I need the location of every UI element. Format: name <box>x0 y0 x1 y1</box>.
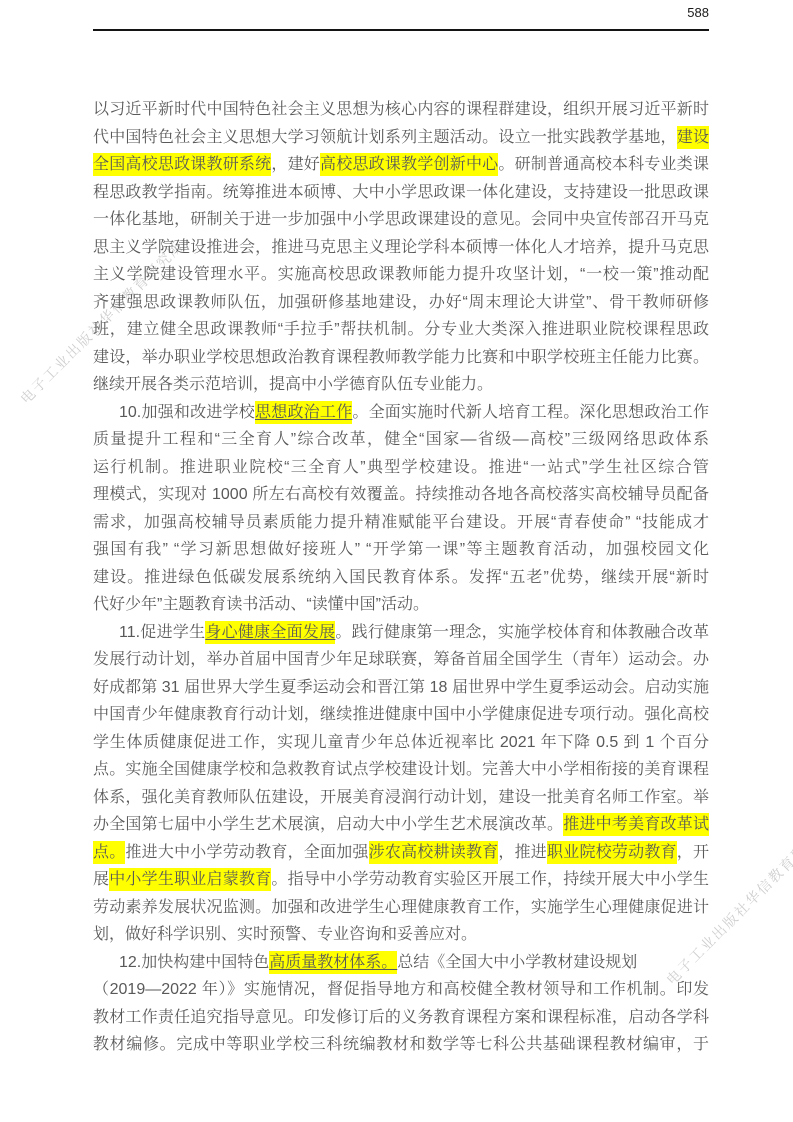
text-segment: 建设。推进绿色低碳发展系统纳入国民教育体系。发挥“五老”优势，继续开展“新时 <box>93 569 709 586</box>
text-line: 10.加强和改进学校思想政治工作。全面实施时代新人培育工程。深化思想政治工作 <box>93 399 709 427</box>
text-segment: 代中国特色社会主义思想大学习领航计划系列主题活动。设立一批实践教学基地， <box>93 129 677 146</box>
highlighted-text: 职业院校劳动教育 <box>547 841 677 864</box>
text-segment: 一体化基地，研制关于进一步加强中小学思政课建设的意见。会同中央宣传部召开马克 <box>93 211 709 228</box>
text-segment: 以习近平新时代中国特色社会主义思想为核心内容的课程群建设，组织开展习近平新时 <box>93 101 709 118</box>
text-segment: 推进大中小学劳动教育，全面加强 <box>125 844 368 861</box>
text-segment: ，开 <box>677 844 709 861</box>
text-line: 建设，举办职业学校思想政治教育课程教师教学能力比赛和中职学校班主任能力比赛。 <box>93 344 709 372</box>
text-segment: ，建好 <box>271 156 320 173</box>
text-line: 划，做好科学识别、实时预警、专业咨询和妥善应对。 <box>93 921 709 949</box>
text-segment: 齐建强思政课教师队伍，加强研修基地建设，办好“周末理论大讲堂”、骨干教师研修 <box>93 294 709 311</box>
text-line: 需求，加强高校辅导员素质能力提升精准赋能平台建设。开展“青春使命” “技能成才 <box>93 509 709 537</box>
text-line: 代好少年”主题教育读书活动、“读懂中国”活动。 <box>93 591 709 619</box>
text-segment: 程思政教学指南。统筹推进本硕博、大中小学思政课一体化建设，支持建设一批思政课 <box>93 184 709 201</box>
text-segment: 点。实施全国健康学校和急救教育试点学校建设计划。完善大中小学相衔接的美育课程 <box>93 761 709 778</box>
highlighted-text: 全国高校思政课教研系统 <box>93 153 271 176</box>
text-segment: 展 <box>93 871 109 888</box>
text-segment: 。践行健康第一理念，实施学校体育和体教融合改革 <box>335 624 709 641</box>
text-line: 展中小学生职业启蒙教育。指导中小学劳动教育实验区开展工作，持续开展大中小学生 <box>93 866 709 894</box>
text-line: 全国高校思政课教研系统，建好高校思政课教学创新中心。研制普通高校本科专业类课 <box>93 151 709 179</box>
text-segment: 办全国第七届中小学生艺术展演，启动大中小学生艺术展演改革。 <box>93 816 563 833</box>
highlighted-text: 身心健康全面发展 <box>205 621 335 644</box>
text-segment: 需求，加强高校辅导员素质能力提升精准赋能平台建设。开展“青春使命” “技能成才 <box>93 514 709 531</box>
text-segment: 继续开展各类示范培训，提高中小学德育队伍专业能力。 <box>93 376 493 393</box>
text-segment: 代好少年”主题教育读书活动、“读懂中国”活动。 <box>93 596 429 613</box>
text-line: 一体化基地，研制关于进一步加强中小学思政课建设的意见。会同中央宣传部召开马克 <box>93 206 709 234</box>
highlighted-text: 点。 <box>93 841 125 864</box>
text-segment: 理模式，实现对 1000 所左右高校有效覆盖。持续推动各地各高校落实高校辅导员配… <box>93 486 709 503</box>
text-line: 运行机制。推进职业院校“三全育人”典型学校建设。推进“一站式”学生社区综合管 <box>93 454 709 482</box>
text-segment: 中国青少年健康教育行动计划，继续推进健康中国中小学健康促进专项行动。强化高校 <box>93 706 709 723</box>
text-segment: 主义学院建设管理水平。实施高校思政课教师能力提升攻坚计划，“一校一策”推动配 <box>93 266 709 283</box>
text-line: 发展行动计划，举办首届中国青少年足球联赛，筹备首届全国学生（青年）运动会。办 <box>93 646 709 674</box>
highlighted-text: 建设 <box>677 126 709 149</box>
text-line: 好成都第 31 届世界大学生夏季运动会和晋江第 18 届世界中学生夏季运动会。启… <box>93 674 709 702</box>
text-segment: 好成都第 31 届世界大学生夏季运动会和晋江第 18 届世界中学生夏季运动会。启… <box>93 679 709 696</box>
page-number: 588 <box>687 5 709 20</box>
highlighted-text: 高质量教材体系。 <box>269 951 397 974</box>
text-line: 中国青少年健康教育行动计划，继续推进健康中国中小学健康促进专项行动。强化高校 <box>93 701 709 729</box>
text-segment: 思主义学院建设推进会，推进马克思主义理论学科本硕博一体化人才培养，提升马克思 <box>93 239 709 256</box>
text-segment: 班，建立健全思政课教师“手拉手”帮扶机制。分专业大类深入推进职业院校课程思政 <box>93 321 709 338</box>
document-page: { "page": { "number": "588" }, "watermar… <box>0 0 793 1122</box>
text-line: 主义学院建设管理水平。实施高校思政课教师能力提升攻坚计划，“一校一策”推动配 <box>93 261 709 289</box>
text-segment: 学生体质健康促进工作，实现儿童青少年总体近视率比 2021 年下降 0.5 到 … <box>93 734 709 751</box>
text-line: 理模式，实现对 1000 所左右高校有效覆盖。持续推动各地各高校落实高校辅导员配… <box>93 481 709 509</box>
text-segment: 教材编修。完成中等职业学校三科统编教材和数学等七科公共基础课程教材编审，于 <box>93 1036 709 1053</box>
text-line: （2019—2022 年）》实施情况，督促指导地方和高校健全教材领导和工作机制。… <box>93 976 709 1004</box>
text-line: 体系，强化美育教师队伍建设，开展美育浸润行动计划，建设一批美育名师工作室。举 <box>93 784 709 812</box>
text-segment: 质量提升工程和“三全育人”综合改革，健全“国家—省级—高校”三级网络思政体系 <box>93 431 709 448</box>
page-body: 以习近平新时代中国特色社会主义思想为核心内容的课程群建设，组织开展习近平新时代中… <box>93 96 709 1059</box>
text-segment: 建设，举办职业学校思想政治教育课程教师教学能力比赛和中职学校班主任能力比赛。 <box>93 349 709 366</box>
text-line: 12.加快构建中国特色高质量教材体系。总结《全国大中小学教材建设规划 <box>93 949 709 977</box>
text-line: 继续开展各类示范培训，提高中小学德育队伍专业能力。 <box>93 371 709 399</box>
highlighted-text: 思想政治工作 <box>255 401 352 424</box>
text-line: 代中国特色社会主义思想大学习领航计划系列主题活动。设立一批实践教学基地，建设 <box>93 124 709 152</box>
text-line: 齐建强思政课教师队伍，加强研修基地建设，办好“周末理论大讲堂”、骨干教师研修 <box>93 289 709 317</box>
text-segment: 体系，强化美育教师队伍建设，开展美育浸润行动计划，建设一批美育名师工作室。举 <box>93 789 709 806</box>
text-segment: 教材工作责任追究指导意见。印发修订后的义务教育课程方案和课程标准，启动各学科 <box>93 1009 709 1026</box>
text-line: 程思政教学指南。统筹推进本硕博、大中小学思政课一体化建设，支持建设一批思政课 <box>93 179 709 207</box>
text-line: 劳动素养发展状况监测。加强和改进学生心理健康教育工作，实施学生心理健康促进计 <box>93 894 709 922</box>
text-line: 强国有我” “学习新思想做好接班人” “开学第一课”等主题教育活动，加强校园文化 <box>93 536 709 564</box>
text-segment: （2019—2022 年）》实施情况，督促指导地方和高校健全教材领导和工作机制。… <box>93 981 709 998</box>
text-line: 学生体质健康促进工作，实现儿童青少年总体近视率比 2021 年下降 0.5 到 … <box>93 729 709 757</box>
text-line: 教材编修。完成中等职业学校三科统编教材和数学等七科公共基础课程教材编审，于 <box>93 1031 709 1059</box>
text-line: 质量提升工程和“三全育人”综合改革，健全“国家—省级—高校”三级网络思政体系 <box>93 426 709 454</box>
text-segment: 强国有我” “学习新思想做好接班人” “开学第一课”等主题教育活动，加强校园文化 <box>93 541 709 558</box>
text-line: 思主义学院建设推进会，推进马克思主义理论学科本硕博一体化人才培养，提升马克思 <box>93 234 709 262</box>
text-line: 教材工作责任追究指导意见。印发修订后的义务教育课程方案和课程标准，启动各学科 <box>93 1004 709 1032</box>
text-line: 办全国第七届中小学生艺术展演，启动大中小学生艺术展演改革。推进中考美育改革试 <box>93 811 709 839</box>
highlighted-text: 中小学生职业启蒙教育 <box>109 868 271 891</box>
text-segment: 11.促进学生 <box>119 624 205 641</box>
text-segment: ，推进 <box>498 844 547 861</box>
text-line: 建设。推进绿色低碳发展系统纳入国民教育体系。发挥“五老”优势，继续开展“新时 <box>93 564 709 592</box>
highlighted-text: 涉农高校耕读教育 <box>369 841 499 864</box>
text-segment: 。指导中小学劳动教育实验区开展工作，持续开展大中小学生 <box>271 871 709 888</box>
text-segment: 12.加快构建中国特色 <box>119 954 269 971</box>
text-line: 点。实施全国健康学校和急救教育试点学校建设计划。完善大中小学相衔接的美育课程 <box>93 756 709 784</box>
text-line: 11.促进学生身心健康全面发展。践行健康第一理念，实施学校体育和体教融合改革 <box>93 619 709 647</box>
text-segment: 总结《全国大中小学教材建设规划 <box>397 954 637 971</box>
text-segment: 运行机制。推进职业院校“三全育人”典型学校建设。推进“一站式”学生社区综合管 <box>93 459 709 476</box>
text-line: 以习近平新时代中国特色社会主义思想为核心内容的课程群建设，组织开展习近平新时 <box>93 96 709 124</box>
highlighted-text: 高校思政课教学创新中心 <box>320 153 498 176</box>
header-rule <box>93 29 709 31</box>
text-segment: 发展行动计划，举办首届中国青少年足球联赛，筹备首届全国学生（青年）运动会。办 <box>93 651 709 668</box>
text-segment: 划，做好科学识别、实时预警、专业咨询和妥善应对。 <box>93 926 477 943</box>
text-segment: 。研制普通高校本科专业类课 <box>498 156 709 173</box>
text-segment: 。全面实施时代新人培育工程。深化思想政治工作 <box>352 404 709 421</box>
text-line: 班，建立健全思政课教师“手拉手”帮扶机制。分专业大类深入推进职业院校课程思政 <box>93 316 709 344</box>
text-segment: 10.加强和改进学校 <box>119 404 255 421</box>
highlighted-text: 推进中考美育改革试 <box>563 813 709 836</box>
text-line: 点。推进大中小学劳动教育，全面加强涉农高校耕读教育，推进职业院校劳动教育，开 <box>93 839 709 867</box>
text-segment: 劳动素养发展状况监测。加强和改进学生心理健康教育工作，实施学生心理健康促进计 <box>93 899 709 916</box>
